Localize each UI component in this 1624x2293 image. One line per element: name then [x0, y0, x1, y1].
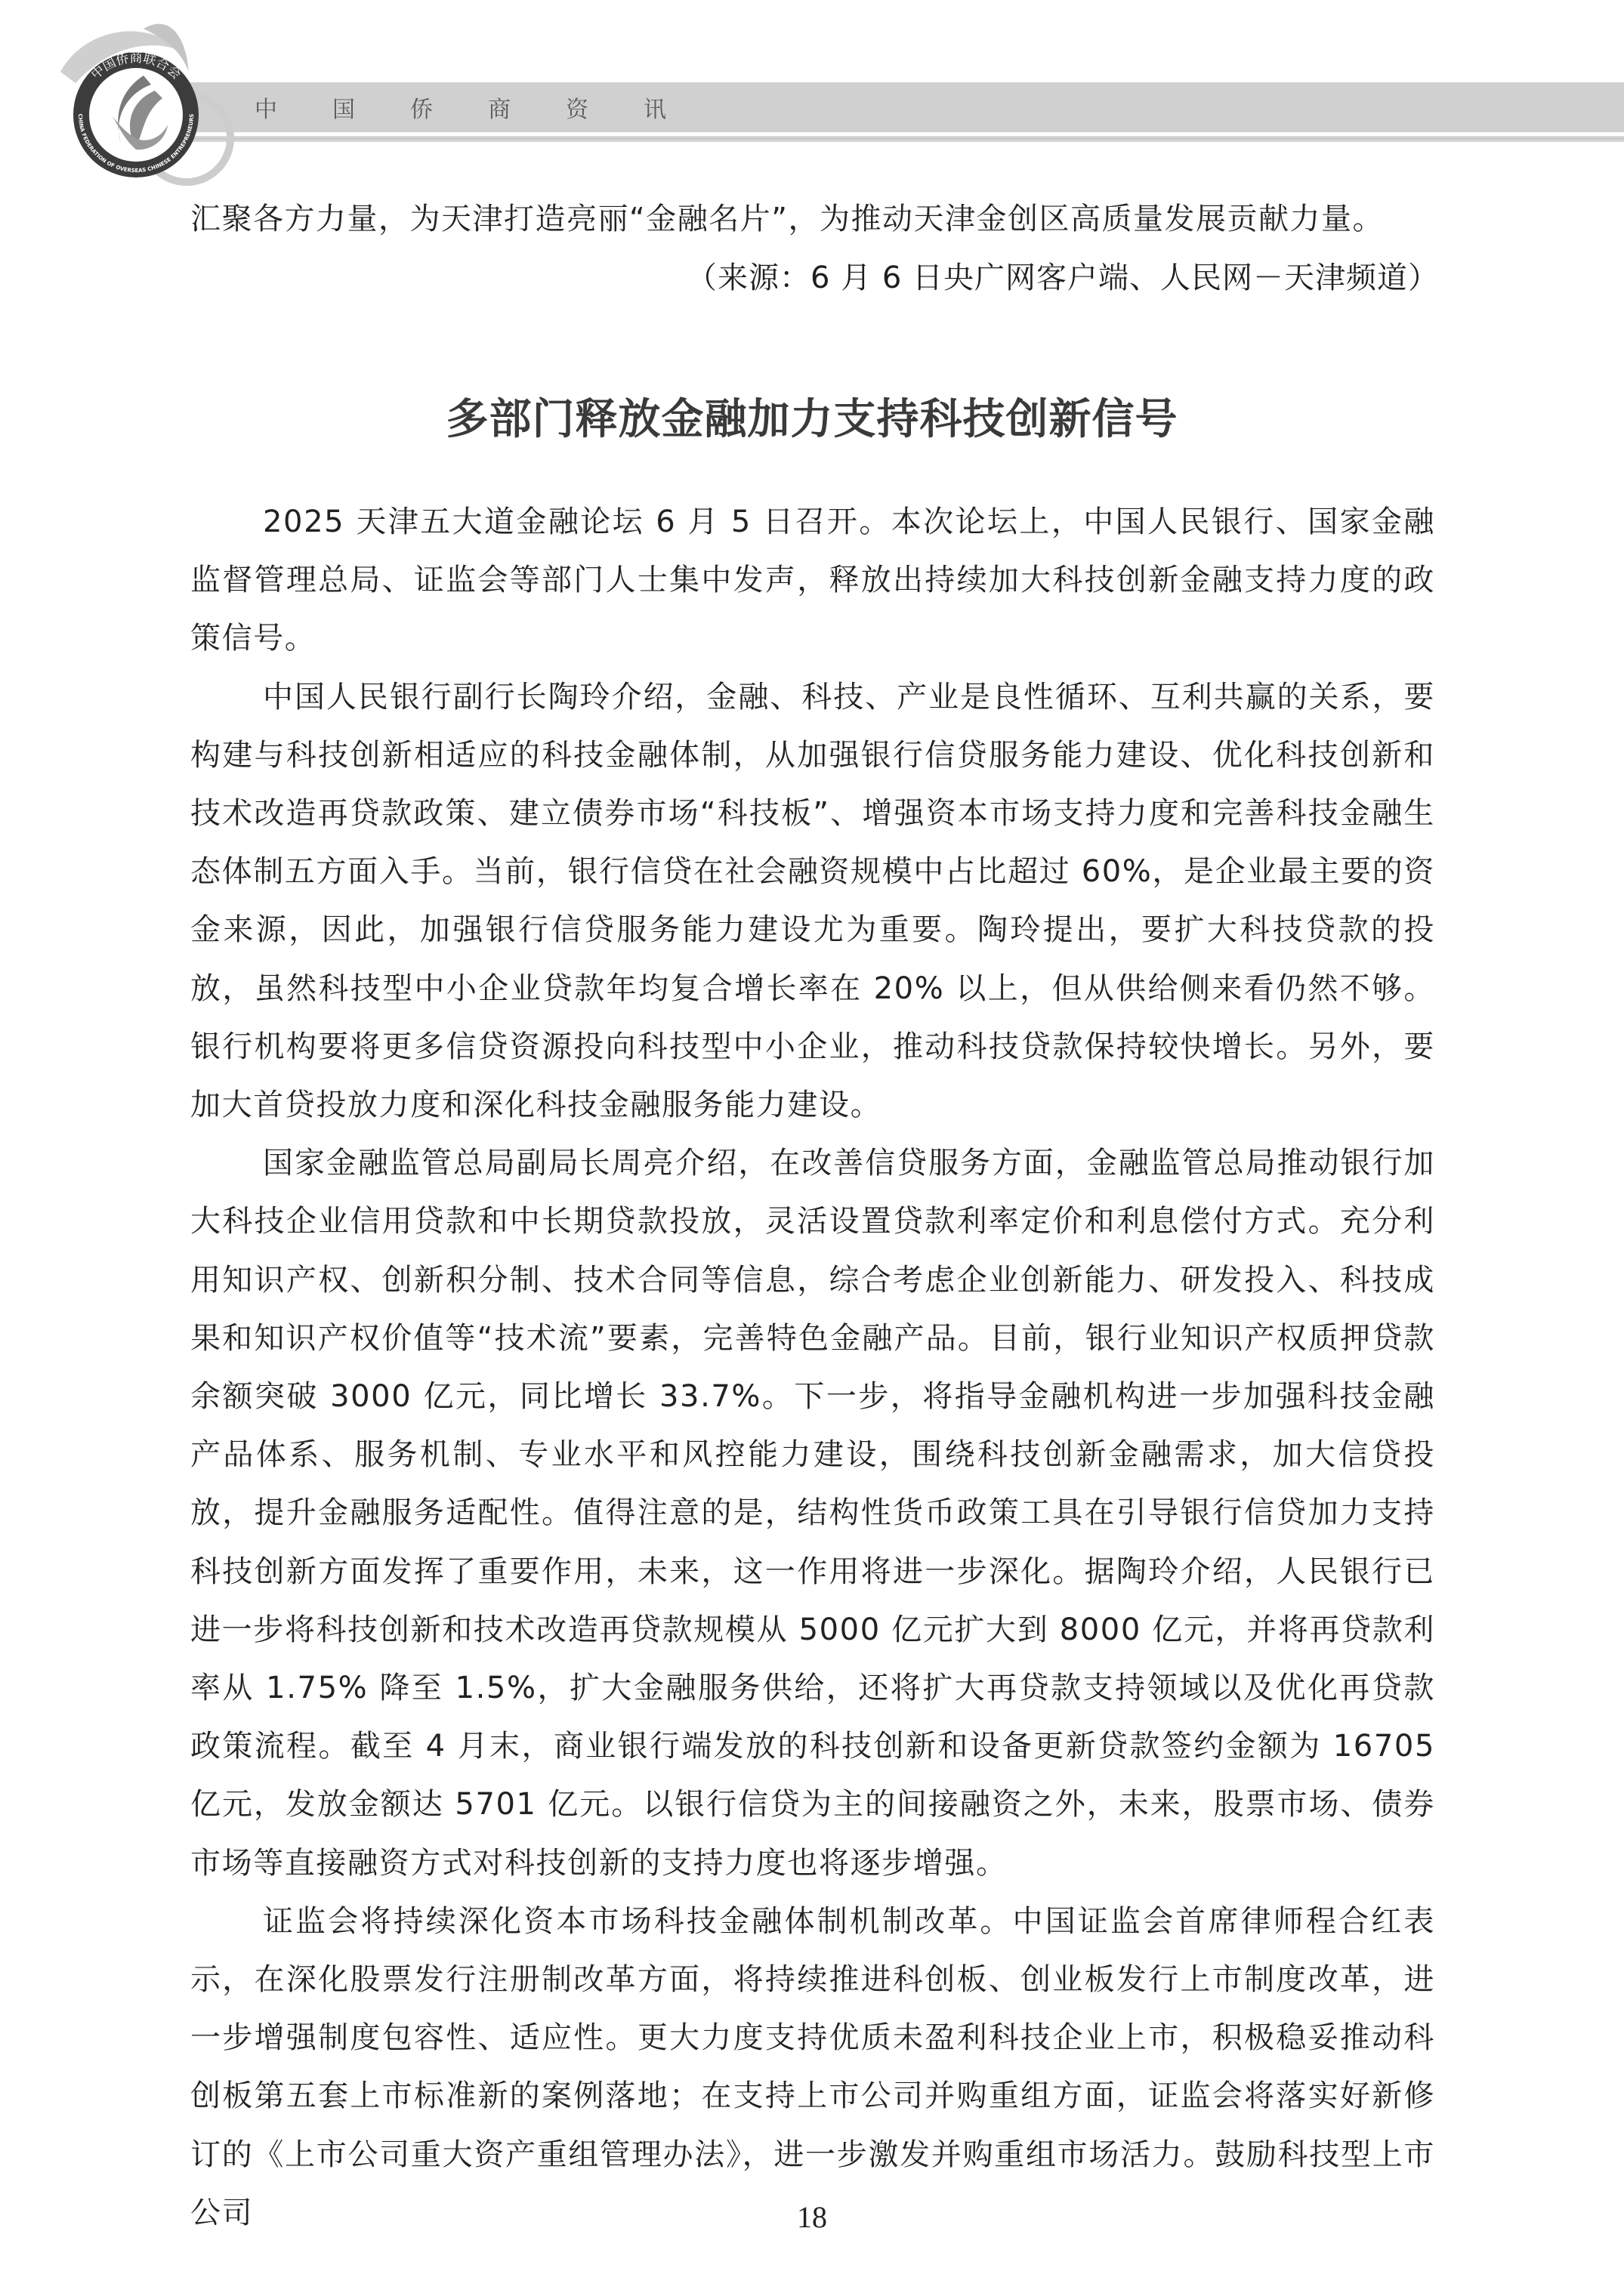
header-divider	[151, 136, 1624, 142]
article-paragraph: 证监会将持续深化资本市场科技金融体制机制改革。中国证监会首席律师程合红表示，在深…	[190, 1893, 1435, 2242]
article-paragraph: 2025 天津五大道金融论坛 6 月 5 日召开。本次论坛上，中国人民银行、国家…	[190, 493, 1435, 668]
article-paragraph: 国家金融监管总局副局长周亮介绍，在改善信贷服务方面，金融监管总局推动银行加大科技…	[190, 1134, 1435, 1893]
publication-title-char: 讯	[644, 95, 721, 125]
page-number: 18	[0, 2199, 1624, 2236]
publication-title: 中 国 侨 商 资 讯	[255, 95, 721, 125]
publication-title-char: 侨	[410, 95, 488, 125]
article-paragraph: 中国人民银行副行长陶玲介绍，金融、科技、产业是良性循环、互利共赢的关系，要构建与…	[190, 668, 1435, 1135]
federation-logo-icon: 中国侨商联合会 CHINA FEDERATION OF OVERSEAS CHI…	[30, 0, 257, 211]
publication-title-char: 中	[255, 95, 332, 125]
article-body: 2025 天津五大道金融论坛 6 月 5 日召开。本次论坛上，中国人民银行、国家…	[190, 493, 1435, 2242]
previous-article-closing-line: 汇聚各方力量，为天津打造亮丽“金融名片”，为推动天津金创区高质量发展贡献力量。	[190, 201, 1384, 237]
publication-title-char: 商	[488, 95, 566, 125]
article-title: 多部门释放金融加力支持科技创新信号	[0, 394, 1624, 446]
previous-article-source: （来源：6 月 6 日央广网客户端、人民网－天津频道）	[687, 260, 1439, 296]
publication-title-char: 资	[566, 95, 644, 125]
publication-title-char: 国	[332, 95, 410, 125]
